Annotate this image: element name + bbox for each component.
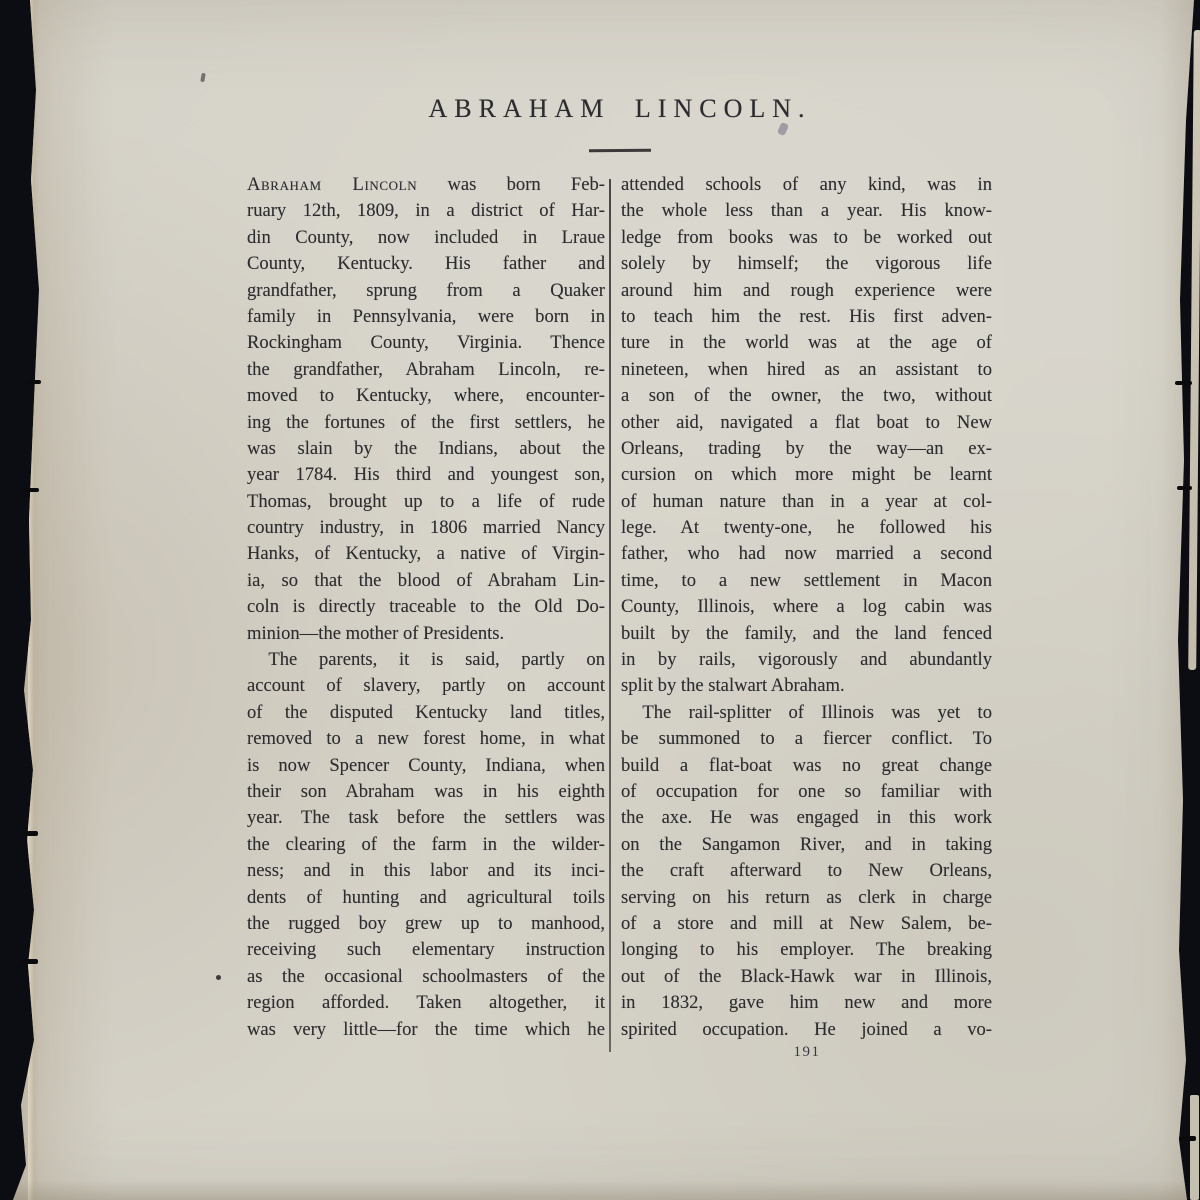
binding-stitch — [1179, 1136, 1196, 1141]
ink-speck — [216, 975, 221, 980]
text-line: on the Sangamon River, and in taking — [621, 832, 992, 858]
page-number: 191 — [777, 1044, 837, 1061]
text-line: nineteen, when hired as an assistant to — [621, 357, 992, 383]
text-line: Orleans, trading by the way—an ex- — [621, 436, 992, 462]
text-line: Rockingham County, Virginia. Thence — [247, 330, 605, 356]
binding-stitch — [21, 959, 38, 964]
text-line: year. The task before the settlers was — [247, 805, 605, 831]
text-line: as the occasional schoolmasters of the — [247, 964, 605, 990]
text-line: ruary 12th, 1809, in a district of Har- — [247, 198, 605, 224]
text-line: family in Pennsylvania, were born in — [247, 304, 605, 330]
text-line: the axe. He was engaged in this work — [621, 805, 992, 831]
text-line: Thomas, brought up to a life of rude — [247, 489, 605, 515]
text-line: build a flat-boat was no great change — [621, 753, 992, 779]
page-deckle-edge — [28, 0, 38, 1200]
adjacent-page-edge — [1190, 1095, 1199, 1200]
text-line: the craft afterward to New Orleans, — [621, 858, 992, 884]
text-line: is now Spencer County, Indiana, when — [247, 753, 605, 779]
text-line: was very little—for the time which he — [247, 1017, 605, 1043]
text-line: the rugged boy grew up to manhood, — [247, 911, 605, 937]
text-line: of the disputed Kentucky land titles, — [247, 700, 605, 726]
text-line: the grandfather, Abraham Lincoln, re- — [247, 357, 605, 383]
binding-stitch — [1175, 381, 1192, 385]
text-line: country industry, in 1806 married Nancy — [247, 515, 605, 541]
text-line: County, Illinois, where a log cabin was — [621, 594, 992, 620]
text-line: to teach him the rest. His first adven- — [621, 304, 992, 330]
text-line: ture in the world was at the age of — [621, 330, 992, 356]
text-line: grandfather, sprung from a Quaker — [247, 278, 605, 304]
right-column: attended schools of any kind, was inthe … — [621, 172, 992, 1043]
text-line: in by rails, vigorously and abundantly — [621, 647, 992, 673]
text-line: Hanks, of Kentucky, a native of Virgin- — [247, 541, 605, 567]
text-line: father, who had now married a second — [621, 541, 992, 567]
text-line: din County, now included in Lraue — [247, 225, 605, 251]
text-line: around him and rough experience were — [621, 278, 992, 304]
text-line: dents of hunting and agricultural toils — [247, 885, 605, 911]
text-line: in 1832, gave him new and more — [621, 990, 992, 1016]
text-line: solely by himself; the vigorous life — [621, 251, 992, 277]
text-line: ness; and in this labor and its inci- — [247, 858, 605, 884]
text-line: The rail-splitter of Illinois was yet to — [621, 700, 992, 726]
right-column-lines: attended schools of any kind, was inthe … — [621, 172, 992, 1043]
binding-stitch — [1177, 486, 1192, 490]
text-line: split by the stalwart Abraham. — [621, 673, 992, 699]
text-line: time, to a new settlement in Macon — [621, 568, 992, 594]
text-line: removed to a new forest home, in what — [247, 726, 605, 752]
text-line: The parents, it is said, partly on — [247, 647, 605, 673]
binding-stitch — [22, 488, 39, 492]
text-line: be summoned to a fiercer conflict. To — [621, 726, 992, 752]
text-line: built by the family, and the land fenced — [621, 621, 992, 647]
book-photo: ABRAHAM LINCOLN. Abraham Lincoln was bor… — [0, 0, 1200, 1200]
text-line: the whole less than a year. His know- — [621, 198, 992, 224]
text-line: out of the Black-Hawk war in Illinois, — [621, 964, 992, 990]
text-line: of occupation for one so familiar with — [621, 779, 992, 805]
text-line: minion—the mother of Presidents. — [247, 621, 605, 647]
text-line: ledge from books was to be worked out — [621, 225, 992, 251]
text-line: of a store and mill at New Salem, be- — [621, 911, 992, 937]
left-column: Abraham Lincoln was born Feb- ruary 12th… — [247, 172, 605, 1043]
paper-speck — [777, 122, 789, 136]
title-rule — [589, 149, 651, 152]
lead-smallcaps-name: Abraham Lincoln — [247, 174, 417, 195]
lead-line: Abraham Lincoln was born Feb- — [247, 172, 605, 198]
text-line: longing to his employer. The breaking — [621, 937, 992, 963]
column-divider — [609, 179, 611, 1052]
text-line: moved to Kentucky, where, encounter- — [247, 383, 605, 409]
binding-stitch — [23, 831, 38, 836]
text-line: spirited occupation. He joined a vo- — [621, 1017, 992, 1043]
left-column-lines: ruary 12th, 1809, in a district of Har-d… — [247, 198, 605, 1043]
text-line: was slain by the Indians, about the — [247, 436, 605, 462]
text-line: serving on his return as clerk in charge — [621, 885, 992, 911]
book-page: ABRAHAM LINCOLN. Abraham Lincoln was bor… — [0, 0, 1200, 1200]
text-line: a son of the owner, the two, without — [621, 383, 992, 409]
text-line: year 1784. His third and youngest son, — [247, 462, 605, 488]
page-title: ABRAHAM LINCOLN. — [248, 94, 992, 124]
text-line: cursion on which more might be learnt — [621, 462, 992, 488]
text-line: receiving such elementary instruction — [247, 937, 605, 963]
text-line: County, Kentucky. His father and — [247, 251, 605, 277]
paper-speck — [200, 73, 206, 83]
text-line: ing the fortunes of the first settlers, … — [247, 410, 605, 436]
text-line: region afforded. Taken altogether, it — [247, 990, 605, 1016]
text-line: their son Abraham was in his eighth — [247, 779, 605, 805]
text-line: the clearing of the farm in the wilder- — [247, 832, 605, 858]
page-bottom-shadow — [0, 1180, 1200, 1200]
lead-rest: was born Feb- — [417, 174, 605, 195]
text-line: account of slavery, partly on account — [247, 673, 605, 699]
text-line: of human nature than in a year at col- — [621, 489, 992, 515]
text-line: other aid, navigated a flat boat to New — [621, 410, 992, 436]
text-line: attended schools of any kind, was in — [621, 172, 992, 198]
binding-stitch — [26, 380, 41, 384]
adjacent-page-edge — [1188, 30, 1200, 670]
text-line: coln is directly traceable to the Old Do… — [247, 594, 605, 620]
text-line: ia, so that the blood of Abraham Lin- — [247, 568, 605, 594]
text-line: lege. At twenty-one, he followed his — [621, 515, 992, 541]
